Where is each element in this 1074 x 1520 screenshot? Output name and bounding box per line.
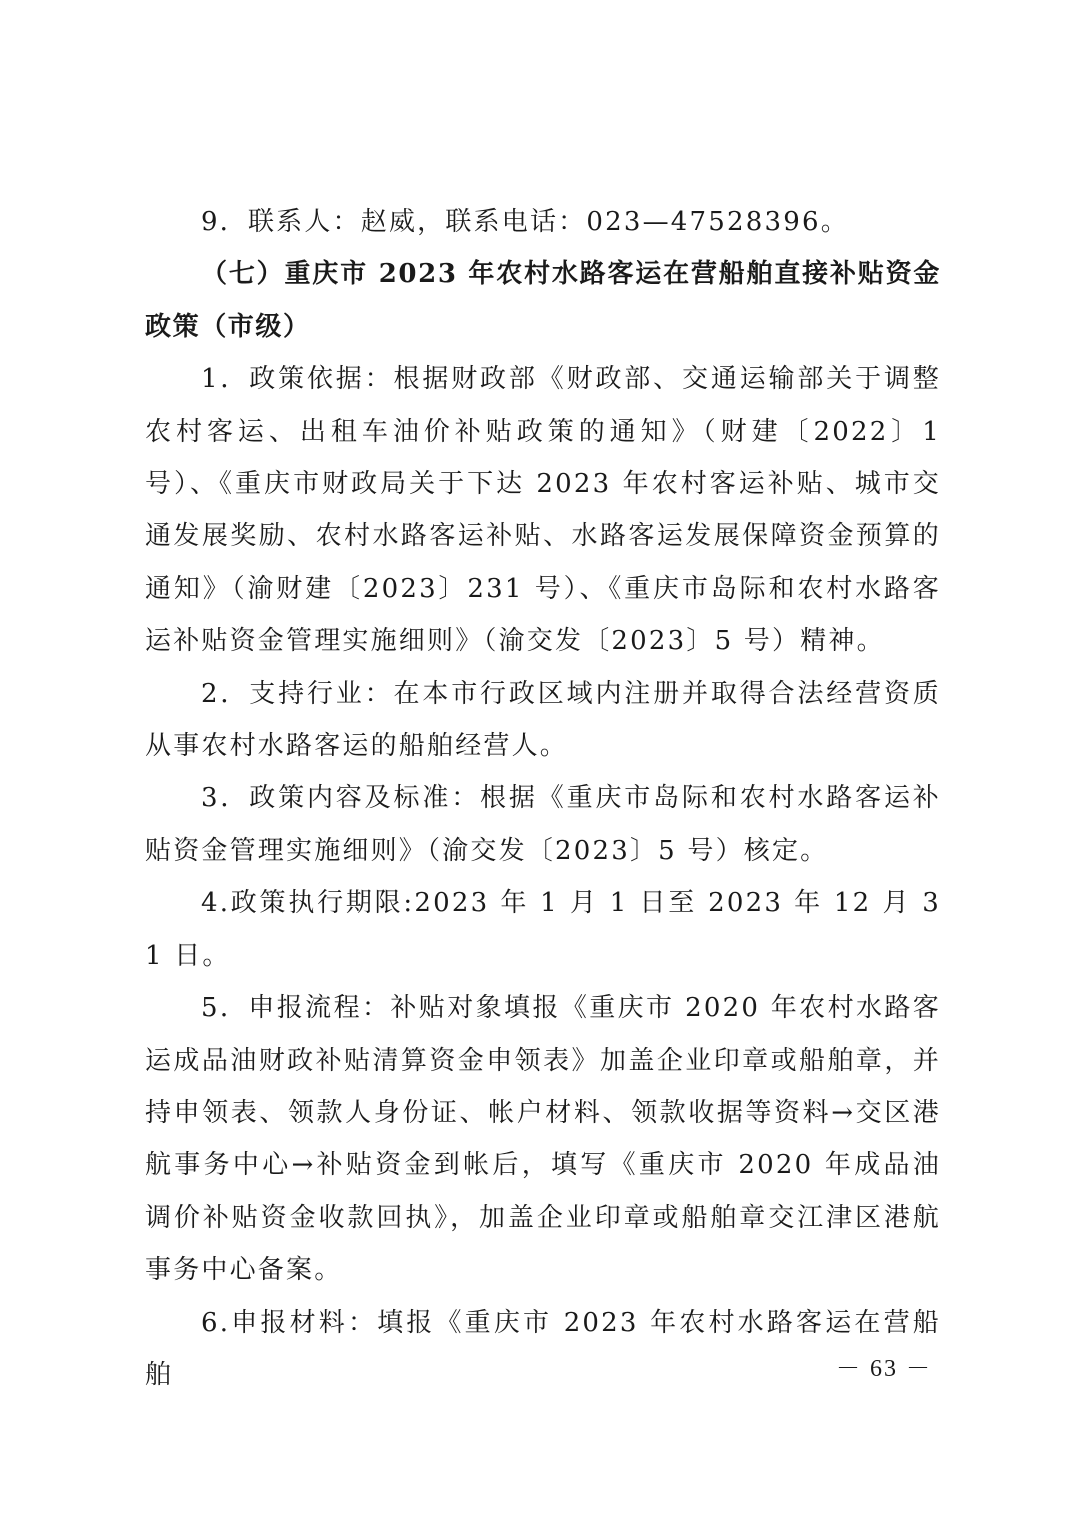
page-number: － 63 － [836,1348,932,1383]
application-materials-paragraph: 6.申报材料：填报《重庆市 2023 年农村水路客运在营船舶 [145,1297,941,1402]
section-heading: （七）重庆市 2023 年农村水路客运在营船舶直接补贴资金政策（市级） [145,248,941,353]
contact-info-paragraph: 9．联系人：赵威，联系电话：023—47528396。 [145,196,941,248]
document-body: 9．联系人：赵威，联系电话：023—47528396。 （七）重庆市 2023 … [145,196,941,1401]
policy-period-paragraph: 4.政策执行期限:2023 年 1 月 1 日至 2023 年 12 月 31 … [145,877,941,982]
policy-basis-paragraph: 1．政策依据：根据财政部《财政部、交通运输部关于调整农村客运、出租车油价补贴政策… [145,353,941,667]
policy-content-paragraph: 3．政策内容及标准：根据《重庆市岛际和农村水路客运补贴资金管理实施细则》（渝交发… [145,772,941,877]
supported-industry-paragraph: 2．支持行业：在本市行政区域内注册并取得合法经营资质从事农村水路客运的船舶经营人… [145,668,941,773]
document-page: 9．联系人：赵威，联系电话：023—47528396。 （七）重庆市 2023 … [0,0,1074,1520]
application-process-paragraph: 5．申报流程：补贴对象填报《重庆市 2020 年农村水路客运成品油财政补贴清算资… [145,982,941,1296]
